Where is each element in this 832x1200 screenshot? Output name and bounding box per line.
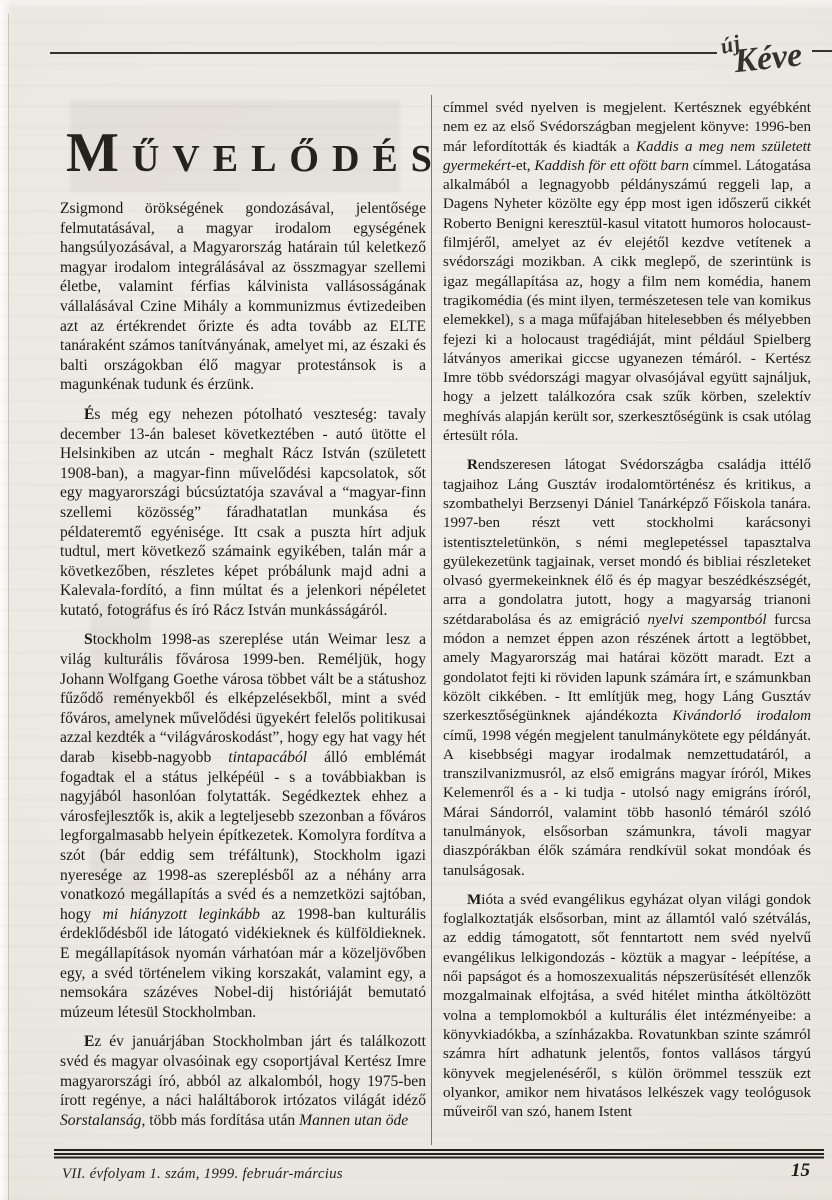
column-left: Zsigmond örökségének gondozásával, jelen… [60, 199, 426, 1140]
column-right: címmel svéd nyelven is megjelent. Kertés… [443, 99, 811, 1132]
text-run: , több más fordítása után [141, 1112, 299, 1129]
page-number: 15 [760, 1160, 810, 1182]
italic-run: nyelvi szempontból [648, 612, 767, 628]
lead-letter: R [467, 457, 478, 473]
italic-run: Kaddish för ett ofött barn [534, 158, 689, 174]
section-title: MŰVELŐDÉS [60, 120, 426, 187]
lead-letter: É [84, 406, 94, 423]
text-run: című, 1998 végén megjelent tanulmányköte… [443, 728, 811, 879]
issue-line: VII. évfolyam 1. szám, 1999. február-már… [62, 1166, 343, 1183]
italic-run: mi hiányzott leginkább [103, 906, 260, 923]
paragraph: És még egy nehezen pótolható veszteség: … [60, 405, 426, 621]
text-run: endszeresen látogat Svédországba családj… [443, 457, 811, 627]
italic-run: Kivándorló irodalom [672, 708, 811, 724]
lead-letter: M [467, 892, 481, 908]
logo-ujkeve: új Kéve [713, 21, 819, 93]
paragraph: Mióta a svéd evangélikus egyházat olyan … [443, 891, 811, 1123]
italic-run: Mannen utan öde [299, 1112, 408, 1129]
lead-letter: E [84, 1033, 94, 1050]
paragraph: Ez év januárjában Stockholmban járt és t… [60, 1032, 426, 1130]
text-run: -et, [511, 158, 535, 174]
column-divider [431, 95, 432, 1145]
text-run: az 1998-ban kulturális érdeklődésből ide… [60, 906, 426, 1021]
italic-run: tintapacából [228, 749, 307, 766]
text-run: z év januárjában Stockholmban járt és ta… [60, 1033, 426, 1109]
text-run: Zsigmond örökségének gondozásával, jelen… [60, 200, 426, 393]
scan-edge-line [8, 14, 9, 1200]
text-run: ióta a svéd evangélikus egyházat olyan v… [443, 892, 811, 1120]
paragraph: Rendszeresen látogat Svédországba család… [443, 456, 811, 881]
magazine-page: új Kéve MŰVELŐDÉS Zsigmond örökségének g… [0, 0, 832, 1200]
paragraph: Zsigmond örökségének gondozásával, jelen… [60, 199, 426, 395]
italic-run: Sorstalanság [60, 1112, 141, 1129]
text-run: címmel. Látogatása alkalmából a legnagyo… [443, 158, 811, 444]
text-run: álló emblémát fogadtak el a státus jelké… [60, 749, 426, 923]
footer-rule [54, 1149, 824, 1159]
text-run: tockholm 1998-as szereplése után Weimar … [60, 631, 426, 766]
paragraph: Stockholm 1998-as szereplése után Weimar… [60, 630, 426, 1022]
header-rule [50, 52, 717, 54]
lead-letter: S [84, 631, 93, 648]
text-run: s még egy nehezen pótolható veszteség: t… [60, 406, 426, 619]
logo-name: Kéve [732, 36, 804, 81]
paragraph: címmel svéd nyelven is megjelent. Kertés… [443, 99, 811, 446]
